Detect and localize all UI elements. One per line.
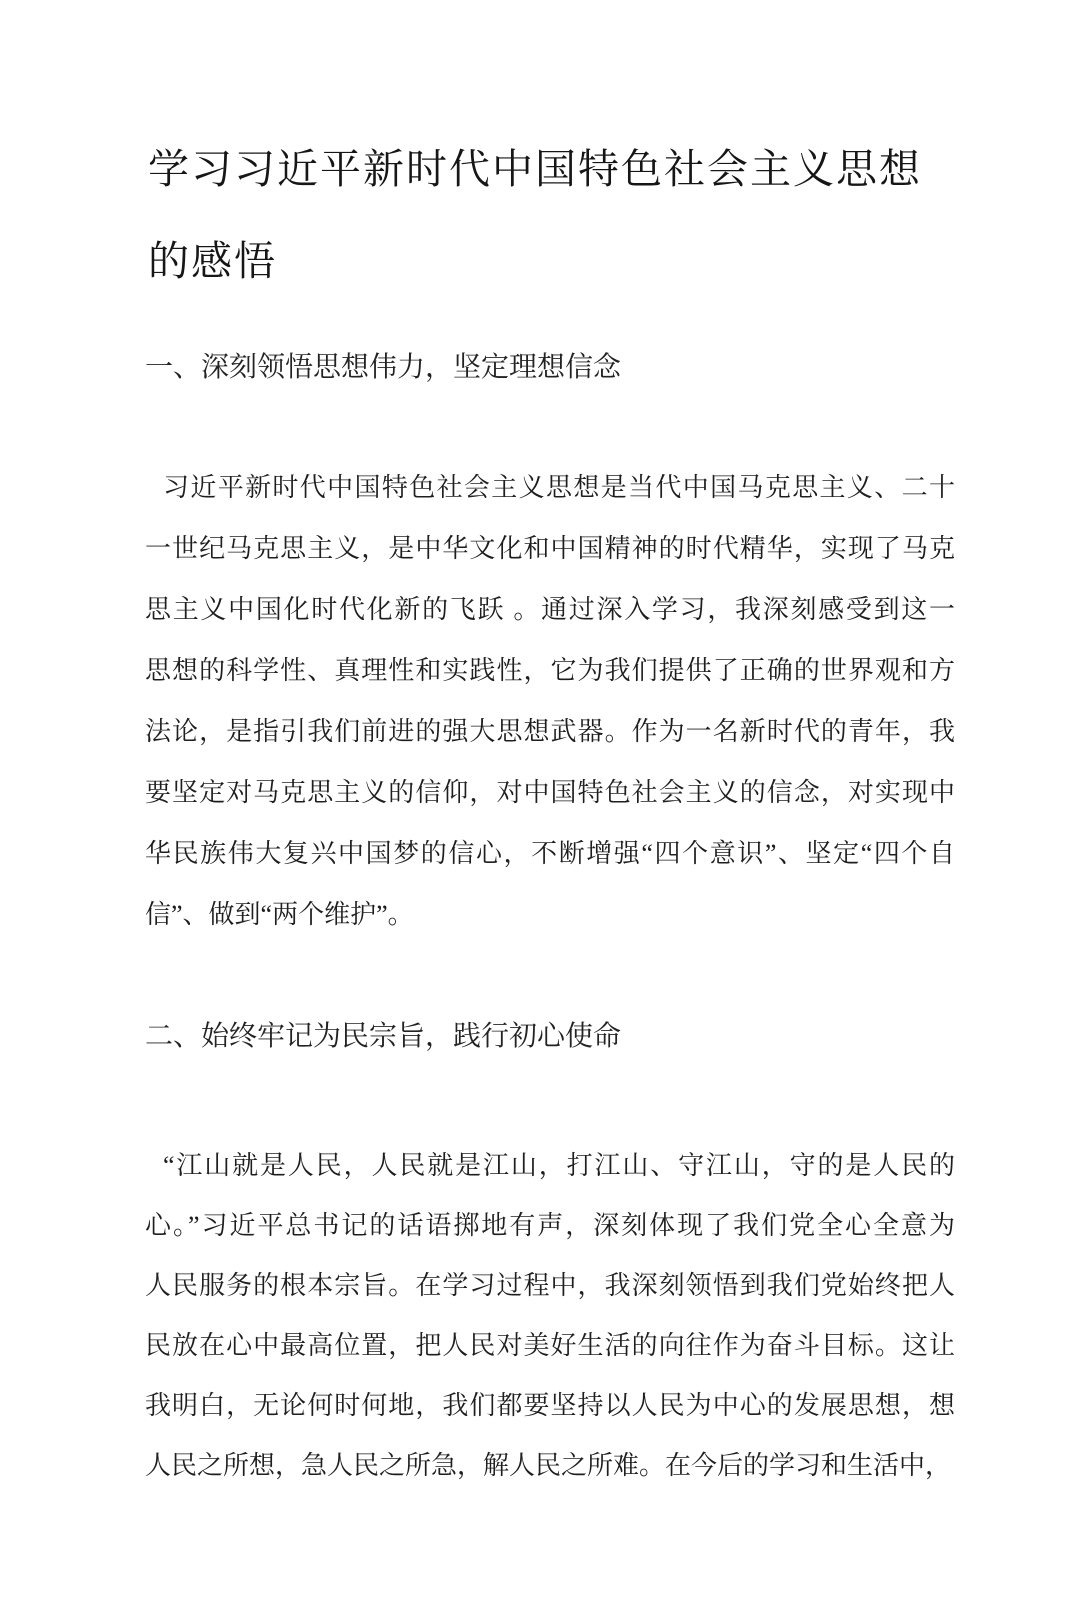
doc-title: 学习习近平新时代中国特色社会主义思想 的感悟 [148, 123, 953, 307]
paragraph-1-line-8: 信”、做到“两个维护”。 [145, 884, 955, 945]
paragraph-1: 习近平新时代中国特色社会主义思想是当代中国马克思主义、二十 一世纪马克思主义，是… [145, 457, 955, 945]
paragraph-2-line-4: 民放在心中最高位置，把人民对美好生活的向往作为奋斗目标。这让 [145, 1316, 955, 1376]
paragraph-1-line-2: 一世纪马克思主义，是中华文化和中国精神的时代精华，实现了马克 [145, 518, 955, 579]
paragraph-1-line-6: 要坚定对马克思主义的信仰，对中国特色社会主义的信念，对实现中 [145, 762, 955, 823]
section-heading-1: 一、深刻领悟思想伟力，坚定理想信念 [145, 350, 955, 386]
document-page: 学习习近平新时代中国特色社会主义思想 的感悟 一、深刻领悟思想伟力，坚定理想信念… [0, 0, 1080, 1621]
paragraph-2-line-6: 人民之所想，急人民之所急，解人民之所难。在今后的学习和生活中， [145, 1436, 955, 1496]
section-heading-2: 二、始终牢记为民宗旨，践行初心使命 [145, 1019, 955, 1055]
paragraph-1-line-3: 思主义中国化时代化新的飞跃 。通过深入学习，我深刻感受到这一 [145, 579, 955, 640]
paragraph-1-line-5: 法论，是指引我们前进的强大思想武器。作为一名新时代的青年，我 [145, 701, 955, 762]
doc-title-line-2: 的感悟 [148, 215, 953, 307]
paragraph-2-line-1: “江山就是人民，人民就是江山，打江山、守江山，守的是人民的 [145, 1136, 955, 1196]
paragraph-2-line-5: 我明白，无论何时何地，我们都要坚持以人民为中心的发展思想，想 [145, 1376, 955, 1436]
paragraph-2-line-2: 心。”习近平总书记的话语掷地有声，深刻体现了我们党全心全意为 [145, 1196, 955, 1256]
paragraph-1-line-4: 思想的科学性、真理性和实践性，它为我们提供了正确的世界观和方 [145, 640, 955, 701]
paragraph-1-line-7: 华民族伟大复兴中国梦的信心，不断增强“四个意识”、坚定“四个自 [145, 823, 955, 884]
paragraph-2: “江山就是人民，人民就是江山，打江山、守江山，守的是人民的 心。”习近平总书记的… [145, 1136, 955, 1496]
doc-title-line-1: 学习习近平新时代中国特色社会主义思想 [148, 123, 953, 215]
paragraph-1-line-1: 习近平新时代中国特色社会主义思想是当代中国马克思主义、二十 [145, 457, 955, 518]
paragraph-2-line-3: 人民服务的根本宗旨。在学习过程中，我深刻领悟到我们党始终把人 [145, 1256, 955, 1316]
